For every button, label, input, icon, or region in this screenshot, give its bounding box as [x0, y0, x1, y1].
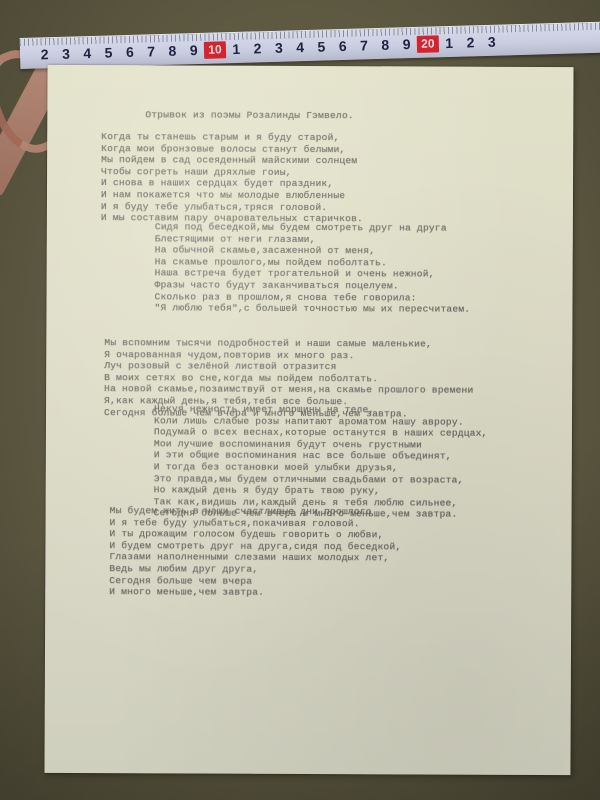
stanza-1: Когда ты станешь старым и я буду старой,… — [101, 131, 364, 225]
poem-title: Отрывок из поэмы Розалинды Гэмвело. — [145, 109, 354, 122]
poem-line: Ведь мы любим друг друга, — [109, 563, 401, 576]
stanza-4: Некуя нежность имеет морщины на теле,Кол… — [154, 403, 488, 520]
poem-line: "Я люблю тебя",с большей точностью мы их… — [154, 302, 470, 315]
poem-line: Мы вспомним тысячи подробностей и наши с… — [104, 337, 473, 350]
tape-number: 5 — [311, 38, 333, 56]
poem-line: Мы пойдем в сад осеяденный майскими солн… — [101, 154, 363, 167]
tape-number: 1 — [225, 41, 247, 59]
poem-line: Фразы часто будут заканчиваться поцелуем… — [155, 279, 471, 292]
tape-number: 9 — [183, 42, 205, 60]
tape-number: 8 — [162, 42, 184, 60]
poem-line: Некуя нежность имеет морщины на теле, — [154, 403, 488, 416]
tape-number: 7 — [140, 43, 162, 61]
poem-line: И много меньше,чем завтра. — [109, 586, 401, 599]
tape-number: 3 — [55, 45, 77, 63]
poem-line: И тогда без остановки моей улыбки друзья… — [154, 461, 488, 474]
typewritten-page: Отрывок из поэмы Розалинды Гэмвело. Когд… — [44, 65, 573, 775]
tape-number: 6 — [119, 44, 141, 62]
tape-number: 7 — [353, 37, 375, 55]
measuring-tape: 234567891012345678920123 — [20, 21, 600, 69]
stanza-5: Мы будем жить в наши счастливые дни прош… — [109, 505, 401, 599]
tape-number: 1 — [438, 35, 460, 53]
tape-number: 2 — [247, 40, 269, 58]
tape-number: 20 — [417, 35, 439, 53]
tape-number: 4 — [76, 45, 98, 63]
poem-line: Когда ты станешь старым и я буду старой, — [101, 131, 363, 144]
tape-number: 3 — [481, 34, 503, 52]
tape-number: 10 — [204, 41, 226, 59]
tape-number: 9 — [396, 36, 418, 54]
tape-number: 4 — [289, 39, 311, 57]
tape-number: 2 — [460, 34, 482, 52]
tape-number: 5 — [98, 44, 120, 62]
poem-line: Мы будем жить в наши счастливые дни прош… — [110, 505, 402, 518]
poem-line: И ты дрожащим голосом будешь говорить о … — [109, 528, 401, 541]
tape-number: 6 — [332, 38, 354, 56]
poem-line: И нам покажется что мы молодые влюбленны… — [101, 189, 363, 202]
tape-number: 2 — [34, 46, 56, 64]
poem-line: Сидя под беседкой,мы будем смотреть друг… — [155, 221, 471, 234]
tape-number: 3 — [268, 39, 290, 57]
tape-number: 8 — [374, 37, 396, 55]
stanza-2: Сидя под беседкой,мы будем смотреть друг… — [154, 221, 470, 315]
